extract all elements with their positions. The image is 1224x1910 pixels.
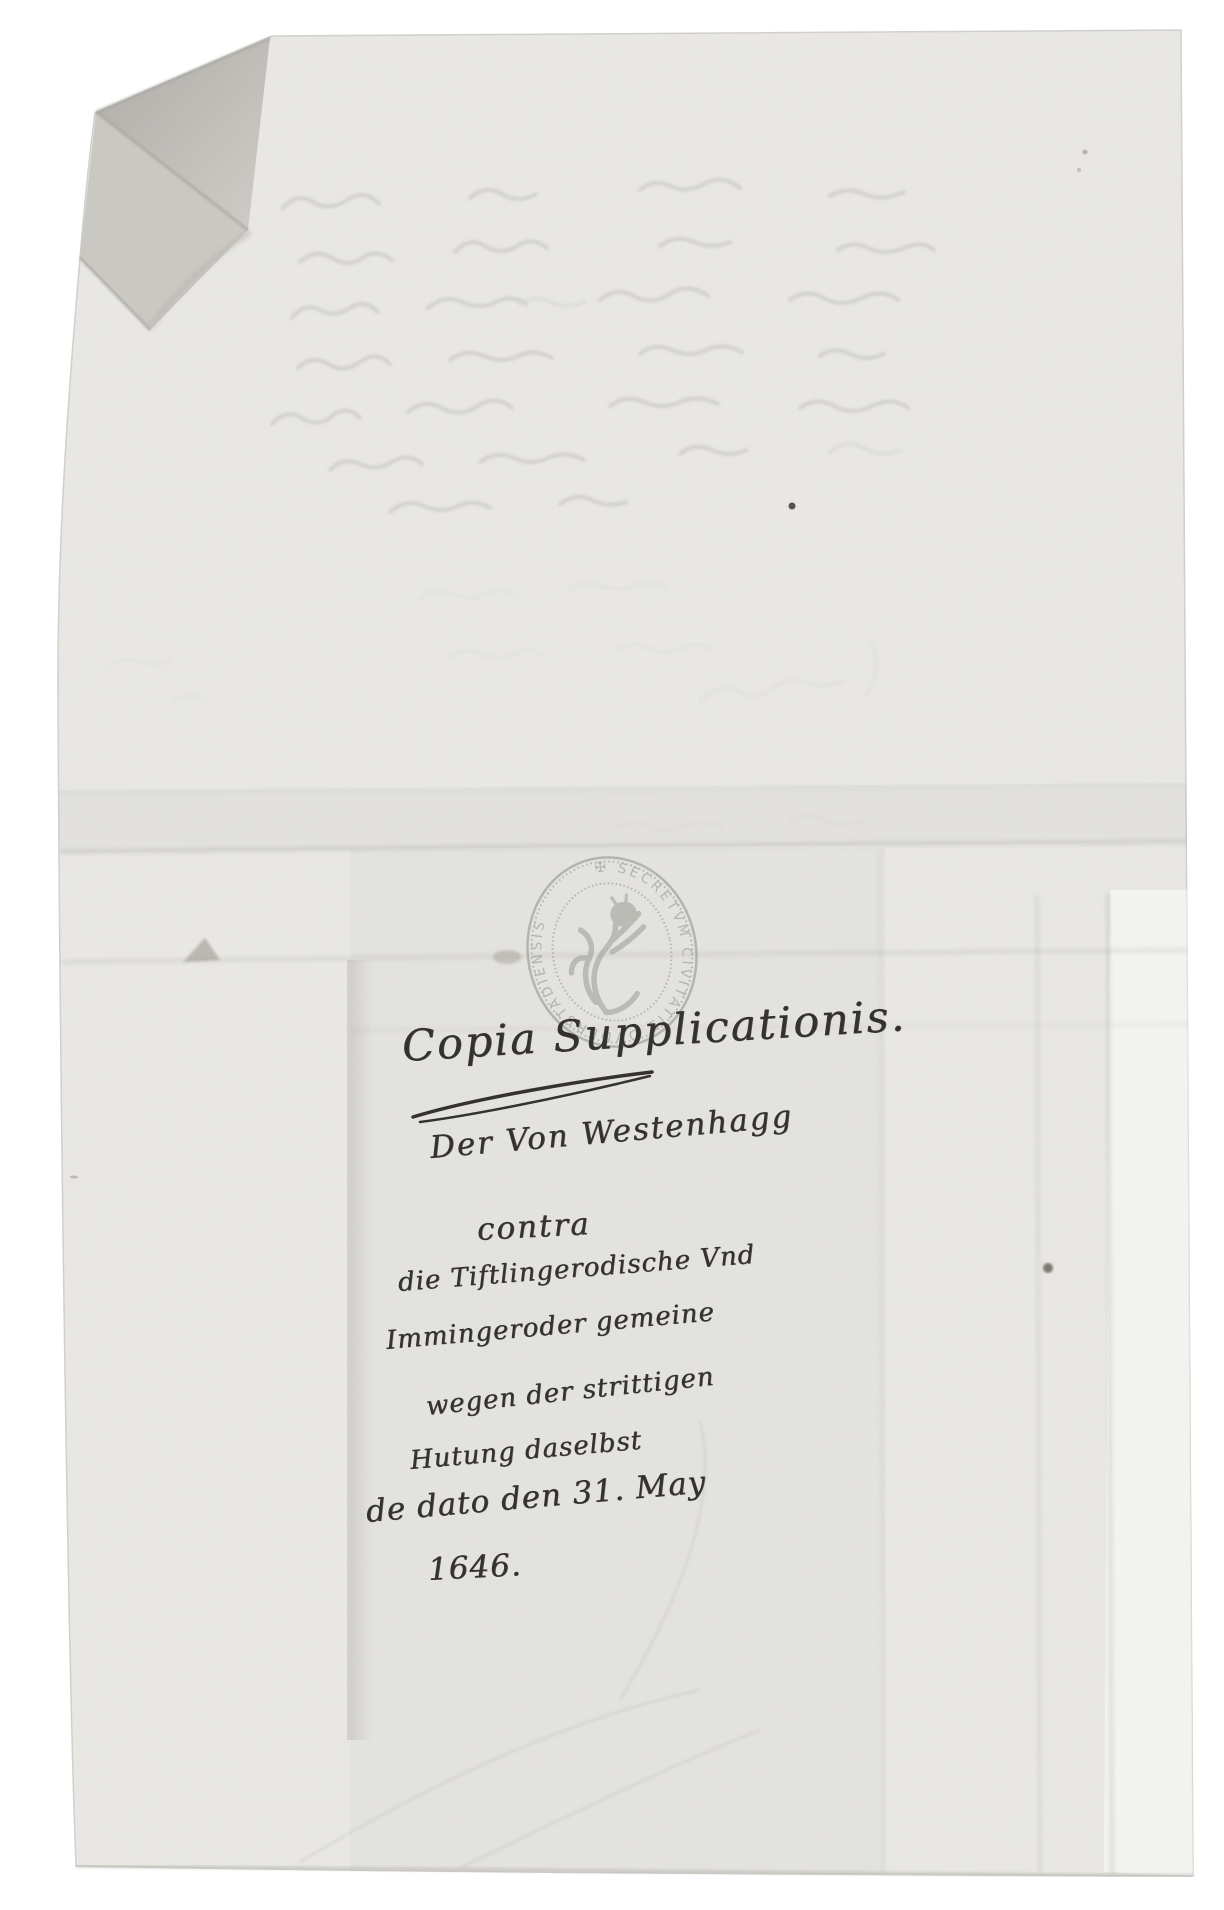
docket-line-contra: contra	[476, 1206, 591, 1248]
manuscript-scan-page: ✠ SECRETVM CIVITATIS DVDERSTADIENSIS Cop…	[0, 0, 1224, 1910]
paper-artwork: ✠ SECRETVM CIVITATIS DVDERSTADIENSIS	[0, 0, 1224, 1910]
docket-line-year: 1646.	[427, 1547, 523, 1588]
